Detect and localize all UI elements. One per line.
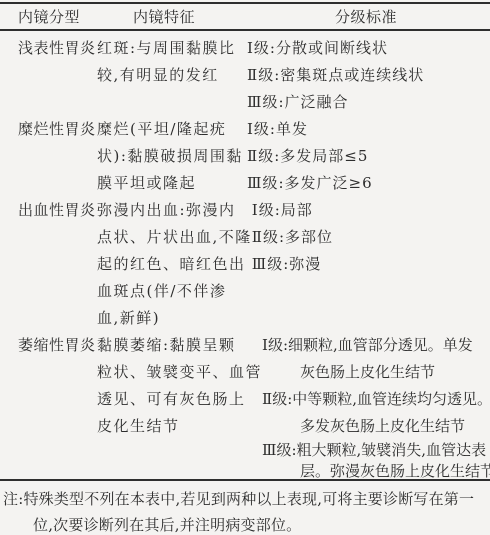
grade-line: Ⅰ级:分散或间断线状 [247, 35, 490, 62]
footnote-line: 注:特殊类型不列在本表中,若见到两种以上表现,可将主要诊断写在第一 [3, 486, 488, 512]
table-footnote: 注:特殊类型不列在本表中,若见到两种以上表现,可将主要诊断写在第一 位,次要诊断… [3, 486, 488, 535]
feature-line: 较,有明显的发红 [97, 62, 247, 89]
feature-line: 状):黏膜破损周围黏 [97, 143, 247, 170]
grade-line: Ⅲ级:广泛融合 [247, 89, 490, 116]
grade-line: Ⅰ级:局部 [252, 197, 490, 224]
column-header-endoscopic-features: 内镜特征 [133, 9, 195, 25]
table-row-atrophic-gastritis: 萎缩性胃炎 黏膜萎缩:黏膜呈颗 粒状、皱襞变平、血管 透见、可有灰色肠上 皮化生… [0, 332, 490, 482]
grade-line: Ⅰ级:细颗粒,血管部分透见。单发 [262, 332, 490, 359]
feature-line: 糜烂(平坦/隆起疣 [97, 116, 247, 143]
cell-features: 红斑:与周围黏膜比 较,有明显的发红 [97, 35, 247, 89]
table-body: 浅表性胃炎 红斑:与周围黏膜比 较,有明显的发红 Ⅰ级:分散或间断线状 Ⅱ级:密… [0, 35, 490, 482]
type-label: 出血性胃炎 [18, 197, 97, 224]
cell-features: 黏膜萎缩:黏膜呈颗 粒状、皱襞变平、血管 透见、可有灰色肠上 皮化生结节 [97, 332, 262, 440]
feature-line: 膜平坦或隆起 [97, 170, 247, 197]
footnote-line: 位,次要诊断列在其后,并注明病变部位。 [3, 512, 488, 535]
grade-line-continuation: 层。弥漫灰色肠上皮化生结节 [262, 461, 490, 482]
grade-line-continuation: 多发灰色肠上皮化生结节 [262, 413, 490, 440]
grade-line: Ⅱ级:多部位 [252, 224, 490, 251]
cell-type: 浅表性胃炎 [0, 35, 97, 62]
feature-line: 血,新鲜) [97, 305, 252, 332]
grade-line: Ⅱ级:中等颗粒,血管连续均匀透见。 [262, 386, 490, 413]
grade-line-continuation: 灰色肠上皮化生结节 [262, 359, 490, 386]
cell-features: 糜烂(平坦/隆起疣 状):黏膜破损周围黏 膜平坦或隆起 [97, 116, 247, 197]
cell-grades: Ⅰ级:单发 Ⅱ级:多发局部≤5 Ⅲ级:多发广泛≥6 [247, 116, 490, 197]
gastritis-classification-table-page: 内镜分型 内镜特征 分级标准 浅表性胃炎 红斑:与周围黏膜比 较,有明显的发红 … [0, 0, 490, 535]
type-label: 浅表性胃炎 [18, 35, 97, 62]
cell-grades: Ⅰ级:分散或间断线状 Ⅱ级:密集斑点或连续线状 Ⅲ级:广泛融合 [247, 35, 490, 116]
table-rule-top [0, 2, 490, 4]
feature-line: 皮化生结节 [97, 413, 262, 440]
cell-type: 萎缩性胃炎 [0, 332, 97, 359]
grade-line: Ⅲ级:多发广泛≥6 [247, 170, 490, 197]
table-row-hemorrhagic-gastritis: 出血性胃炎 弥漫内出血:弥漫内 点状、片状出血,不隆 起的红色、暗红色出 血斑点… [0, 197, 490, 332]
cell-type: 出血性胃炎 [0, 197, 97, 224]
feature-line: 粒状、皱襞变平、血管 [97, 359, 262, 386]
feature-line: 弥漫内出血:弥漫内 [97, 197, 252, 224]
table-row-erosive-gastritis: 糜烂性胃炎 糜烂(平坦/隆起疣 状):黏膜破损周围黏 膜平坦或隆起 Ⅰ级:单发 … [0, 116, 490, 197]
feature-line: 血斑点(伴/不伴渗 [97, 278, 252, 305]
column-header-grading-criteria: 分级标准 [335, 9, 397, 25]
grade-line: Ⅱ级:密集斑点或连续线状 [247, 62, 490, 89]
table-row-superficial-gastritis: 浅表性胃炎 红斑:与周围黏膜比 较,有明显的发红 Ⅰ级:分散或间断线状 Ⅱ级:密… [0, 35, 490, 116]
grade-line: Ⅰ级:单发 [247, 116, 490, 143]
cell-features: 弥漫内出血:弥漫内 点状、片状出血,不隆 起的红色、暗红色出 血斑点(伴/不伴渗… [97, 197, 252, 332]
grade-line: Ⅱ级:多发局部≤5 [247, 143, 490, 170]
grade-line: Ⅲ级:弥漫 [252, 251, 490, 278]
type-label: 糜烂性胃炎 [18, 116, 97, 143]
cell-grades: Ⅰ级:细颗粒,血管部分透见。单发 灰色肠上皮化生结节 Ⅱ级:中等颗粒,血管连续均… [262, 332, 490, 482]
cell-grades: Ⅰ级:局部 Ⅱ级:多部位 Ⅲ级:弥漫 [252, 197, 490, 278]
feature-line: 点状、片状出血,不隆 [97, 224, 252, 251]
feature-line: 红斑:与周围黏膜比 [97, 35, 247, 62]
column-header-endoscopic-type: 内镜分型 [18, 9, 80, 25]
feature-line: 起的红色、暗红色出 [97, 251, 252, 278]
feature-line: 透见、可有灰色肠上 [97, 386, 262, 413]
cell-type: 糜烂性胃炎 [0, 116, 97, 143]
grade-line: Ⅲ级:粗大颗粒,皱襞消失,血管达表 [262, 440, 490, 461]
type-label: 萎缩性胃炎 [18, 332, 97, 359]
table-rule-header [0, 29, 490, 31]
feature-line: 黏膜萎缩:黏膜呈颗 [97, 332, 262, 359]
